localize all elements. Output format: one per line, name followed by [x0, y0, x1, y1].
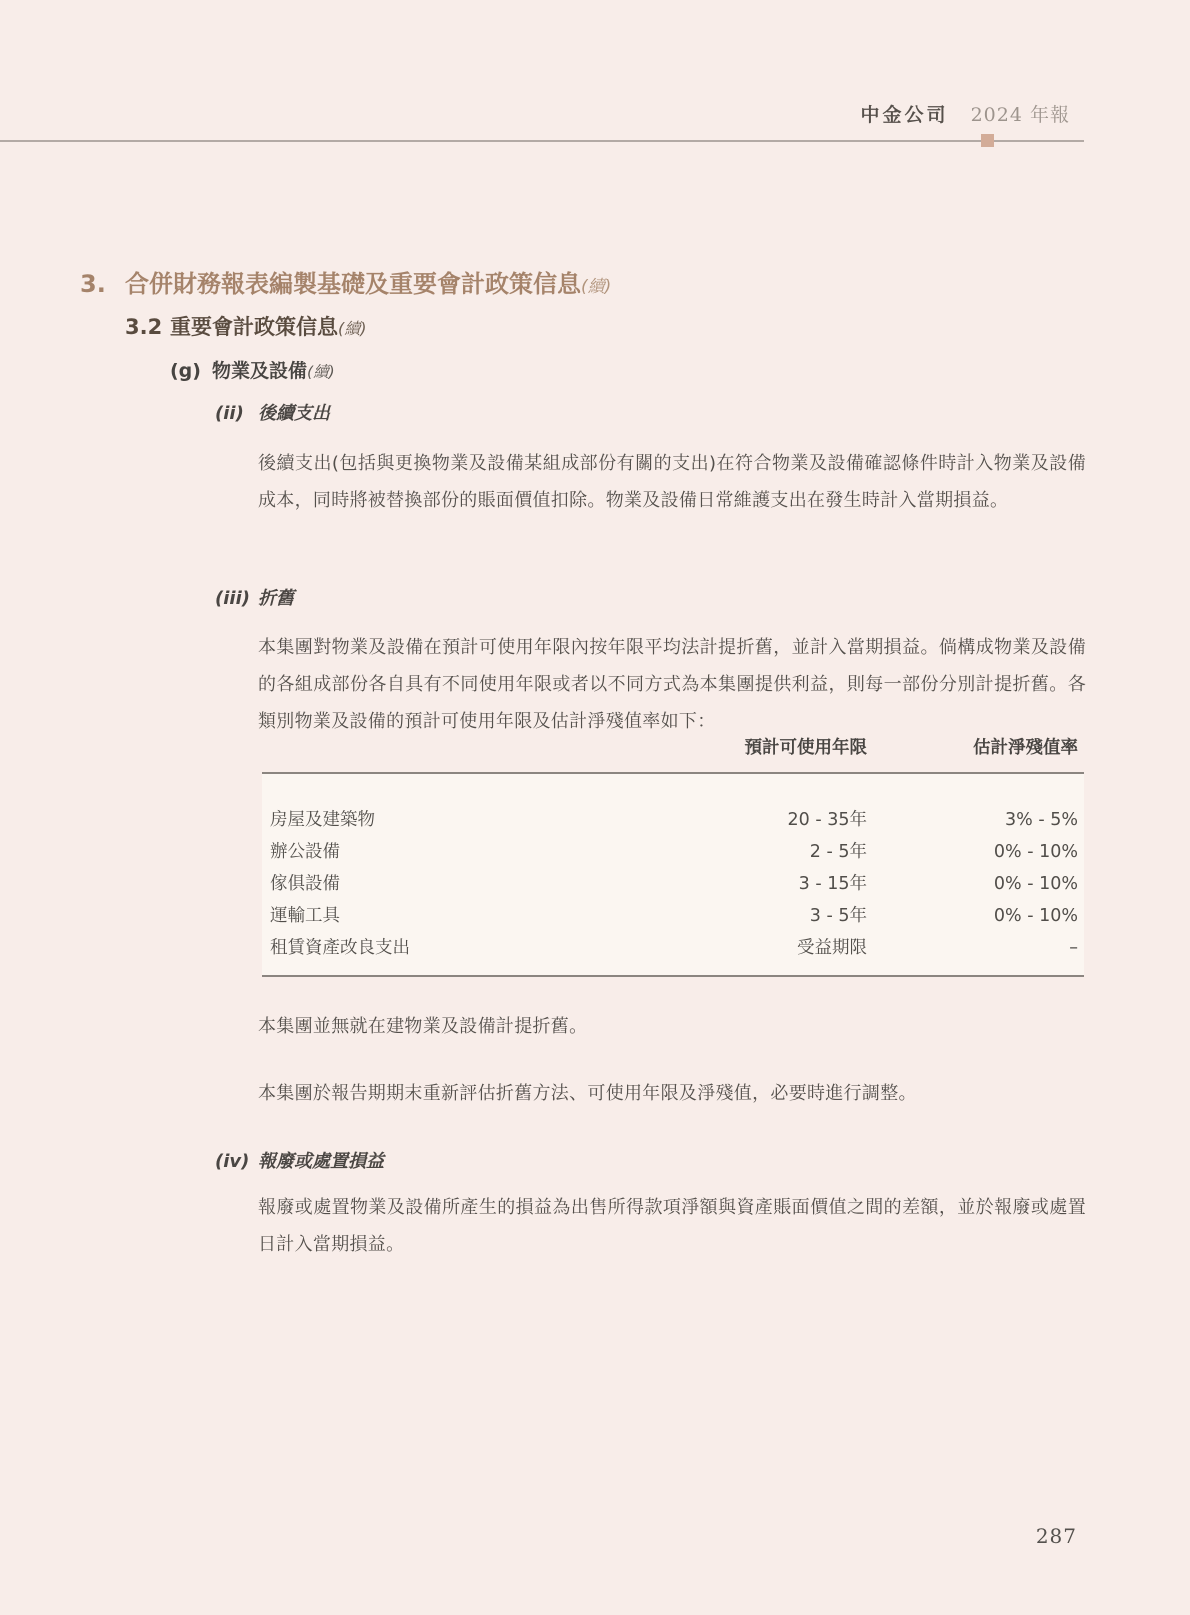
row-residual-rate: 0% - 10% — [867, 836, 1084, 868]
report-edition: 2024 年報 — [971, 104, 1070, 126]
header-square-ornament — [981, 134, 994, 147]
table-row: 傢俱設備 3 - 15年 0% - 10% — [262, 868, 1084, 900]
item-iii-label: (iii) — [215, 588, 258, 609]
row-residual-rate: – — [867, 932, 1084, 964]
table-row: 房屋及建築物 20 - 35年 3% - 5% — [262, 804, 1084, 836]
item-g-continued-mark: (續) — [307, 360, 335, 382]
row-useful-life: 2 - 5年 — [622, 836, 867, 868]
row-residual-rate: 0% - 10% — [867, 900, 1084, 932]
company-name: 中金公司 — [861, 104, 949, 126]
section-heading: 3. 合併財務報表編製基礎及重要會計政策信息(續) — [80, 264, 611, 299]
page-number: 287 — [1036, 1524, 1077, 1548]
row-category: 租賃資產改良支出 — [262, 932, 622, 964]
depreciation-table: 預計可使用年限 估計淨殘值率 房屋及建築物 20 - 35年 3% - 5% 辦… — [262, 734, 1084, 977]
row-useful-life: 受益期限 — [622, 932, 867, 964]
subsection-heading: 3.2 重要會計政策信息(續) — [125, 311, 367, 341]
item-ii-paragraph: 後續支出(包括與更換物業及設備某組成部份有關的支出)在符合物業及設備確認條件時計… — [258, 445, 1086, 519]
row-residual-rate: 0% - 10% — [867, 868, 1084, 900]
item-g-label: (g) — [170, 360, 212, 382]
table-header-useful-life: 預計可使用年限 — [622, 734, 867, 759]
item-ii-title: 後續支出 — [258, 399, 330, 425]
table-row: 辦公設備 2 - 5年 0% - 10% — [262, 836, 1084, 868]
document-page: 中金公司 2024 年報 3. 合併財務報表編製基礎及重要會計政策信息(續) 3… — [0, 0, 1190, 1615]
row-useful-life: 3 - 15年 — [622, 868, 867, 900]
table-header-row: 預計可使用年限 估計淨殘值率 — [262, 734, 1084, 774]
row-category: 房屋及建築物 — [262, 804, 622, 836]
item-g-heading: (g) 物業及設備(續) — [170, 356, 335, 383]
subsection-continued-mark: (續) — [338, 316, 367, 339]
table-header-residual-rate: 估計淨殘值率 — [867, 734, 1084, 759]
item-iii-note-1: 本集團並無就在建物業及設備計提折舊。 — [258, 1008, 1086, 1045]
row-category: 運輸工具 — [262, 900, 622, 932]
table-body: 房屋及建築物 20 - 35年 3% - 5% 辦公設備 2 - 5年 0% -… — [262, 774, 1084, 977]
row-residual-rate: 3% - 5% — [867, 804, 1084, 836]
item-iii-title: 折舊 — [258, 584, 294, 610]
running-header: 中金公司 2024 年報 — [861, 101, 1070, 129]
item-iv-label: (iv) — [215, 1151, 258, 1172]
subsection-title: 重要會計政策信息 — [170, 311, 338, 341]
item-ii-heading: (ii) 後續支出 — [215, 399, 330, 425]
table-row: 租賃資產改良支出 受益期限 – — [262, 932, 1084, 964]
item-iii-paragraph: 本集團對物業及設備在預計可使用年限內按年限平均法計提折舊，並計入當期損益。倘構成… — [258, 629, 1086, 740]
row-category: 辦公設備 — [262, 836, 622, 868]
item-iv-paragraph: 報廢或處置物業及設備所產生的損益為出售所得款項淨額與資產賬面價值之間的差額，並於… — [258, 1189, 1086, 1263]
header-rule — [0, 140, 1084, 142]
item-iii-note-2: 本集團於報告期期末重新評估折舊方法、可使用年限及淨殘值，必要時進行調整。 — [258, 1075, 1086, 1112]
item-g-title: 物業及設備 — [212, 356, 307, 383]
item-ii-label: (ii) — [215, 403, 258, 424]
item-iv-heading: (iv) 報廢或處置損益 — [215, 1147, 384, 1173]
row-category: 傢俱設備 — [262, 868, 622, 900]
item-iv-title: 報廢或處置損益 — [258, 1147, 384, 1173]
subsection-number: 3.2 — [125, 315, 170, 339]
section-number: 3. — [80, 270, 125, 298]
row-useful-life: 20 - 35年 — [622, 804, 867, 836]
item-iii-heading: (iii) 折舊 — [215, 584, 294, 610]
row-useful-life: 3 - 5年 — [622, 900, 867, 932]
table-row: 運輸工具 3 - 5年 0% - 10% — [262, 900, 1084, 932]
section-continued-mark: (續) — [581, 272, 611, 297]
section-title: 合併財務報表編製基礎及重要會計政策信息 — [125, 264, 581, 299]
